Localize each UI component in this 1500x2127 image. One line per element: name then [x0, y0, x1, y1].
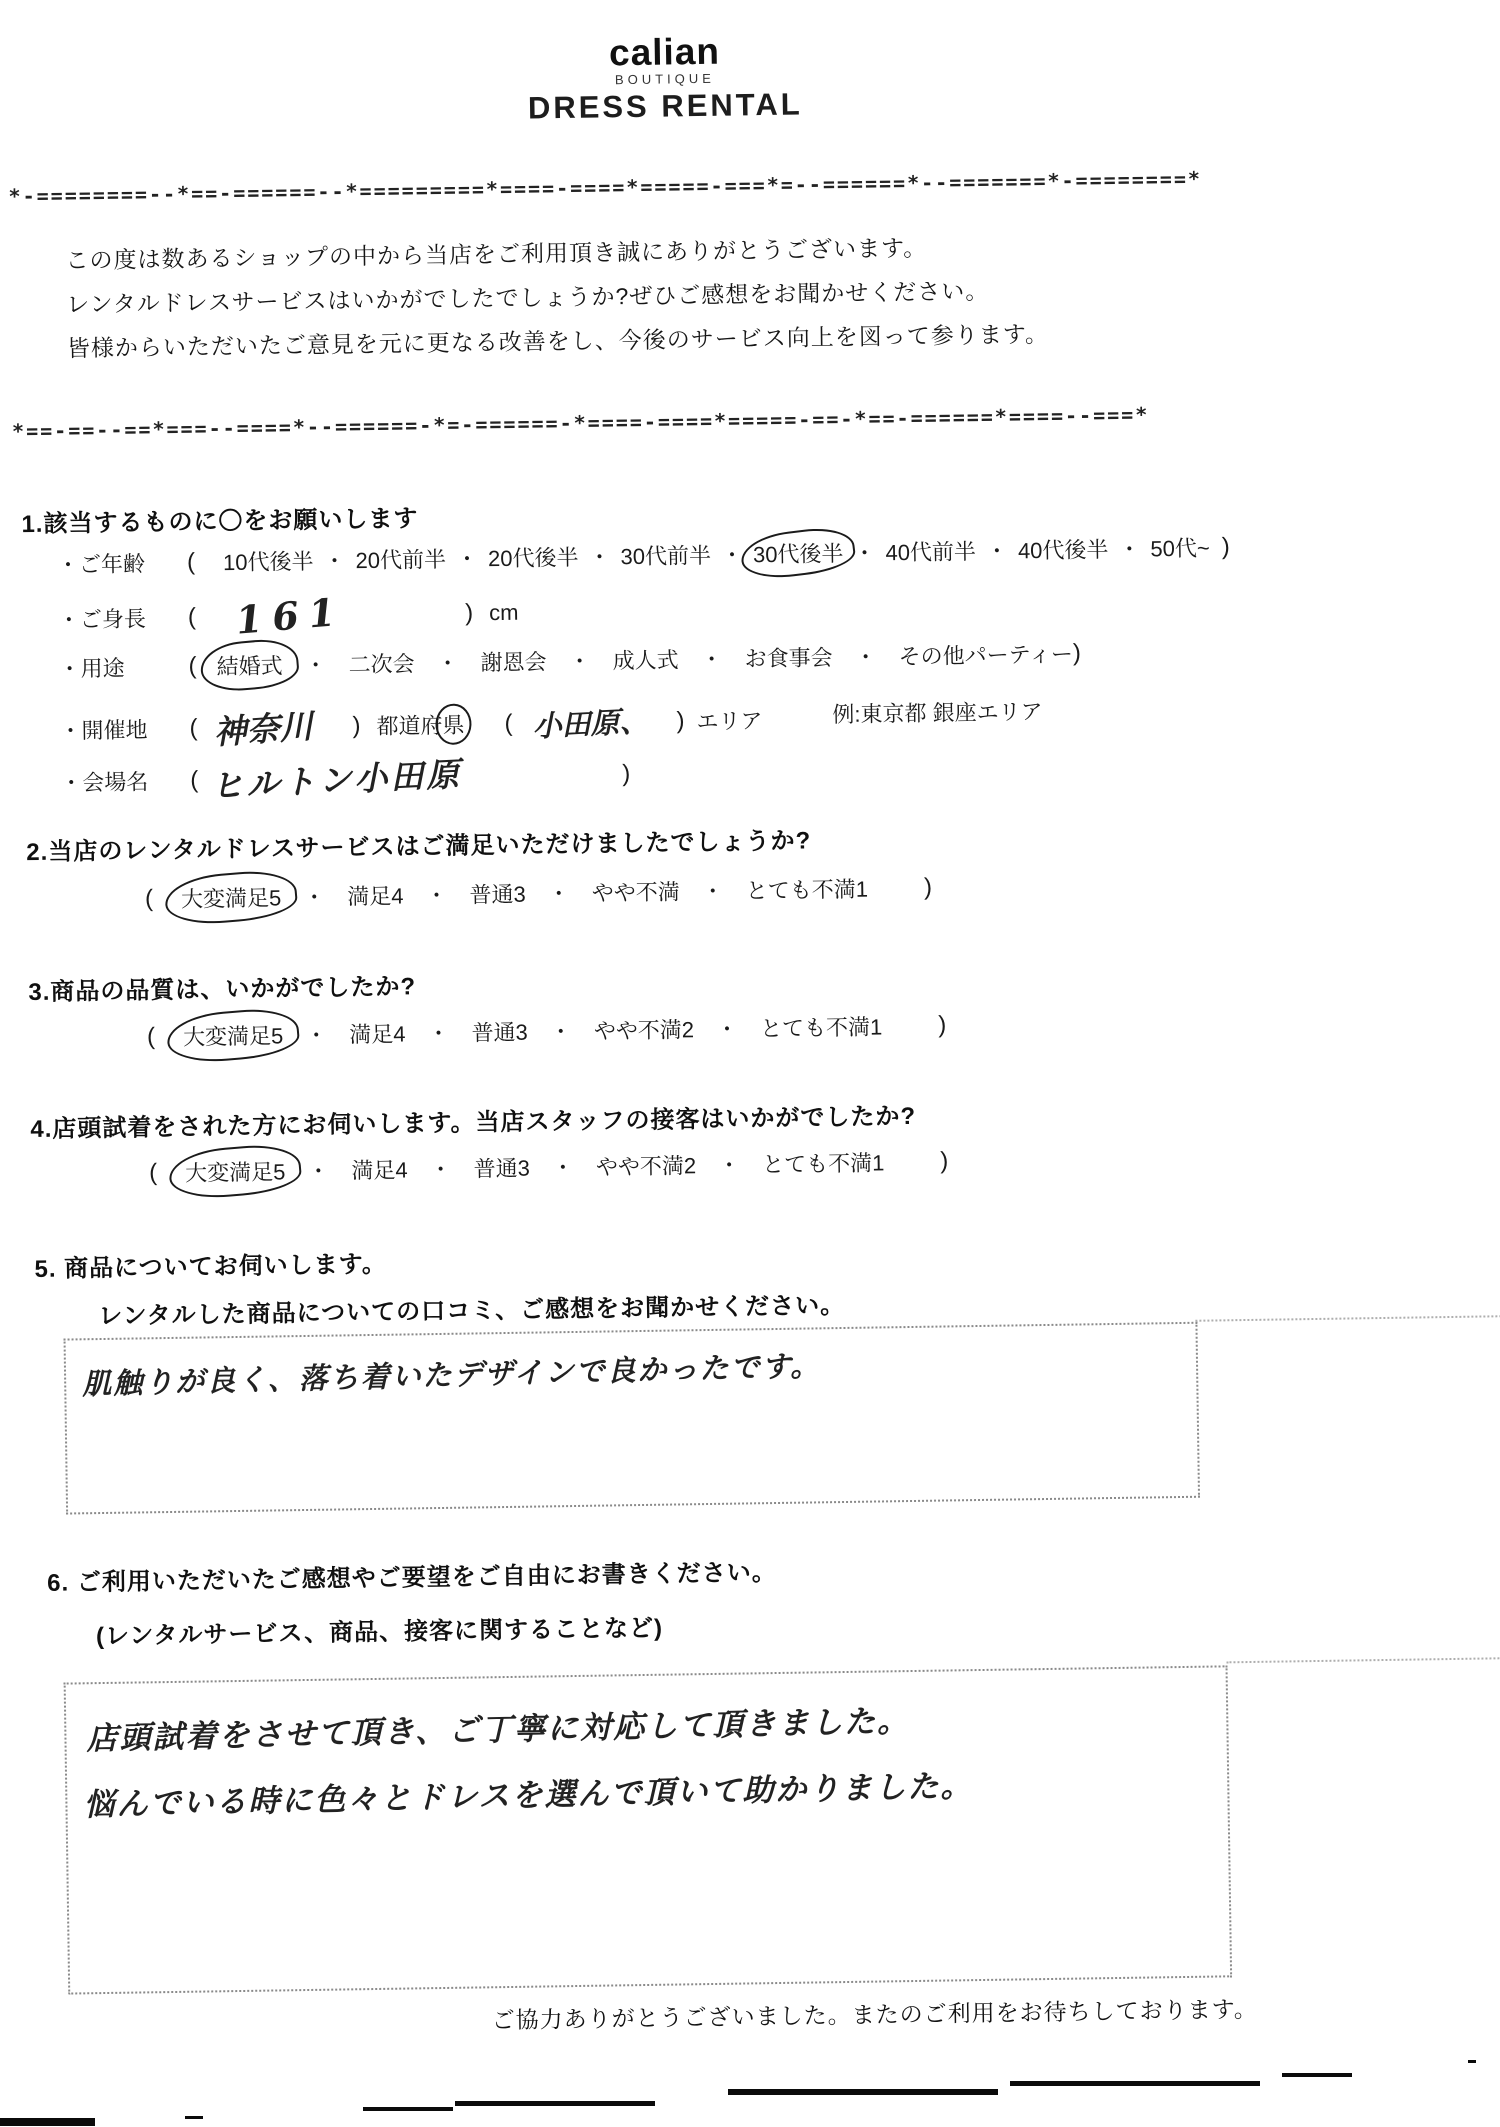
separator-top: *-========--*==-======--*=========*====-…: [8, 165, 1338, 209]
q1-hall-row: ・会場名 ( ヒルトン小田原 ): [60, 750, 631, 805]
venue-example: 例:東京都 銀座エリア: [832, 695, 1043, 729]
paren-open: (: [189, 714, 197, 742]
handdrawn-circle-q4: 大変満足5: [185, 1155, 286, 1187]
option-separator: ・: [429, 1153, 451, 1184]
purpose-option: 成人式: [612, 643, 678, 675]
q2-heading: 2.当店のレンタルドレスサービスはご満足いただけましたでしょうか?: [26, 820, 811, 867]
scan-artifact-dash: [1282, 2073, 1352, 2077]
paren-close: ): [1073, 639, 1081, 667]
paren-close: ): [1222, 533, 1230, 561]
footer-thanks: ご協力ありがとうございました。またのご利用をお待ちしております。: [491, 1991, 1258, 2035]
q1-height-label: ・ご身長: [58, 602, 188, 635]
scan-artifact-dash: [1010, 2081, 1260, 2086]
q4-option: 普通3: [473, 1152, 530, 1184]
q3-option: とても不満1: [760, 1010, 883, 1043]
option-separator: ・: [716, 1013, 738, 1044]
q5-comment-box: 肌触りが良く、落ち着いたデザインで良かったです。: [64, 1322, 1200, 1515]
paren-close: ): [676, 707, 684, 735]
age-option: 40代前半: [885, 535, 976, 567]
option-separator: ・: [305, 1019, 327, 1050]
purpose-option: お食事会: [744, 641, 832, 673]
height-unit: cm: [489, 599, 519, 625]
q1-height-row: ・ご身長 ( 161 ) cm: [58, 590, 519, 642]
q2-option: 普通3: [469, 878, 526, 910]
paren-open: (: [504, 709, 512, 737]
q4-option: やや不満2: [596, 1149, 697, 1181]
option-separator: ・: [307, 1155, 329, 1186]
handdrawn-circle-q2: 大変満足5: [181, 881, 282, 913]
handdrawn-circle-age: 30代後半: [753, 537, 844, 569]
handwritten-prefecture: 神奈川: [212, 700, 314, 754]
q1-hall-label: ・会場名: [60, 765, 190, 798]
scan-dust-line: [1195, 1315, 1500, 1322]
option-separator: ・: [303, 881, 325, 912]
q1-purpose-row: ・用途 ( 結婚式 ・ 二次会 ・ 謝恩会 ・ 成人式 ・ お食事会 ・ その他…: [58, 637, 1081, 683]
q3-option: やや不満2: [594, 1013, 695, 1045]
q1-age-label: ・ご年齢: [57, 547, 187, 580]
q2-option: 満足4: [347, 879, 404, 911]
q6-comment-box: 店頭試着をさせて頂き、ご丁寧に対応して頂きました。 悩んでいる時に色々とドレスを…: [64, 1665, 1233, 1994]
prefecture-circled-char: 県: [442, 713, 464, 738]
q6-handwritten-answer-1: 店頭試着をさせて頂き、ご丁寧に対応して頂きました。: [86, 1695, 911, 1758]
paren-open: (: [190, 766, 198, 794]
q2-option: やや不満: [592, 875, 680, 907]
option-separator: ・: [456, 542, 478, 573]
q3-option: 普通3: [471, 1016, 528, 1048]
q1-purpose-label: ・用途: [58, 651, 188, 684]
age-option: 20代前半: [355, 543, 446, 575]
age-option: 30代前半: [620, 539, 711, 571]
q3-option: 満足4: [349, 1017, 406, 1049]
q2-option: とても不満1: [746, 873, 869, 906]
option-separator: ・: [436, 647, 458, 678]
survey-sheet: calian BOUTIQUE DRESS RENTAL *-========-…: [0, 0, 1500, 2127]
option-separator: ・: [425, 879, 447, 910]
purpose-option: 二次会: [348, 647, 414, 679]
q1-venue-label: ・開催地: [59, 713, 189, 746]
paren-open: (: [145, 885, 153, 913]
q1-heading: 1.該当するものに〇をお願いします: [21, 498, 418, 539]
paren-close: ): [465, 599, 473, 627]
q4-options-row: ( 大変満足5 ・ 満足4 ・ 普通3 ・ やや不満2 ・ とても不満1 ): [149, 1145, 949, 1188]
option-separator: ・: [718, 1149, 740, 1180]
q5-handwritten-answer: 肌触りが良く、落ち着いたデザインで良かったです。: [82, 1343, 822, 1403]
paren-open: (: [188, 652, 196, 680]
q3-heading: 3.商品の品質は、いかがでしたか?: [28, 966, 416, 1007]
q3-option-circled: 大変満足5: [183, 1023, 284, 1049]
purpose-option-circled: 結婚式: [216, 653, 282, 679]
option-separator: ・: [548, 877, 570, 908]
handdrawn-circle-pref-char: 県: [442, 709, 464, 740]
q2-options-row: ( 大変満足5 ・ 満足4 ・ 普通3 ・ やや不満 ・ とても不満1 ): [145, 872, 932, 915]
q4-heading: 4.店頭試着をされた方にお伺いします。当店スタッフの接客はいかがでしたか?: [30, 1096, 916, 1144]
q6-handwritten-answer-2: 悩んでいる時に色々とドレスを選んで頂いて助かりました。: [83, 1760, 974, 1824]
option-separator: ・: [588, 540, 610, 571]
scan-artifact-dash: [185, 2116, 203, 2119]
q1-venue-row: ・開催地 ( 神奈川 ) 都道府 県 ( 小田原、 ) エリア 例:東京都 銀座…: [59, 692, 1043, 754]
q5-subheading: レンタルした商品についての口コミ、ご感想をお聞かせください。: [98, 1285, 845, 1331]
scan-dust-line: [1226, 1657, 1500, 1663]
handwritten-hall: ヒルトン小田原: [209, 748, 463, 807]
scanned-survey-page: calian BOUTIQUE DRESS RENTAL *-========-…: [0, 0, 1500, 2127]
paren-open: (: [187, 548, 195, 576]
option-separator: ・: [552, 1151, 574, 1182]
age-option: 20代後半: [488, 541, 579, 573]
area-text: エリア: [696, 704, 762, 736]
option-separator: ・: [1118, 533, 1140, 564]
option-separator: ・: [427, 1017, 449, 1048]
paren-close: ): [352, 712, 360, 740]
paren-close: ): [940, 1147, 948, 1175]
age-option: 10代後半: [223, 545, 314, 577]
scan-artifact-dash: [728, 2089, 998, 2095]
paren-close: ): [924, 873, 932, 901]
option-separator: ・: [304, 649, 326, 680]
q6-heading: 6. ご利用いただいたご感想やご要望をご自由にお書きください。: [47, 1552, 777, 1598]
paren-open: (: [147, 1023, 155, 1051]
handdrawn-circle-q3: 大変満足5: [183, 1019, 284, 1051]
handwritten-area: 小田原、: [532, 699, 650, 746]
q1-age-row: ・ご年齢 ( 10代後半 ・ 20代前半 ・ 20代後半 ・ 30代前半 ・ 3…: [57, 531, 1230, 579]
option-separator: ・: [550, 1015, 572, 1046]
paren-close: ): [938, 1011, 946, 1039]
age-option: 40代後半: [1018, 533, 1109, 565]
q4-option: 満足4: [351, 1153, 408, 1185]
handwritten-height: 161: [234, 589, 347, 643]
option-separator: ・: [568, 645, 590, 676]
option-separator: ・: [721, 538, 743, 569]
scan-artifact-dash: [1468, 2060, 1476, 2063]
prefecture-text: 都道府: [376, 709, 442, 741]
scan-artifact-dash: [0, 2118, 95, 2126]
paren-open: (: [149, 1159, 157, 1187]
option-separator: ・: [854, 640, 876, 671]
paren-close: ): [622, 760, 630, 788]
q3-options-row: ( 大変満足5 ・ 満足4 ・ 普通3 ・ やや不満2 ・ とても不満1 ): [147, 1009, 947, 1052]
brand-block: calian BOUTIQUE DRESS RENTAL: [0, 21, 1346, 134]
q4-option: とても不満1: [762, 1146, 885, 1179]
scan-artifact-dash: [363, 2107, 453, 2111]
handdrawn-circle-purpose: 結婚式: [216, 649, 282, 681]
age-option: 50代~: [1150, 531, 1210, 563]
option-separator: ・: [986, 534, 1008, 565]
purpose-option: その他パーティー: [898, 638, 1073, 672]
purpose-option: 謝恩会: [480, 645, 546, 677]
q2-option-circled: 大変満足5: [181, 885, 282, 911]
separator-bottom: *==-==--==*===--====*--======-*=-======-…: [12, 400, 1342, 444]
age-option-circled: 30代後半: [753, 541, 844, 567]
scan-artifact-dash: [455, 2101, 655, 2106]
q6-subheading: (レンタルサービス、商品、接客に関することなど): [96, 1608, 664, 1651]
paren-open: (: [188, 603, 196, 631]
option-separator: ・: [853, 536, 875, 567]
q5-heading: 5. 商品についてお伺いします。: [34, 1244, 387, 1284]
q4-option-circled: 大変満足5: [185, 1159, 286, 1185]
option-separator: ・: [323, 544, 345, 575]
option-separator: ・: [702, 875, 724, 906]
option-separator: ・: [700, 643, 722, 674]
